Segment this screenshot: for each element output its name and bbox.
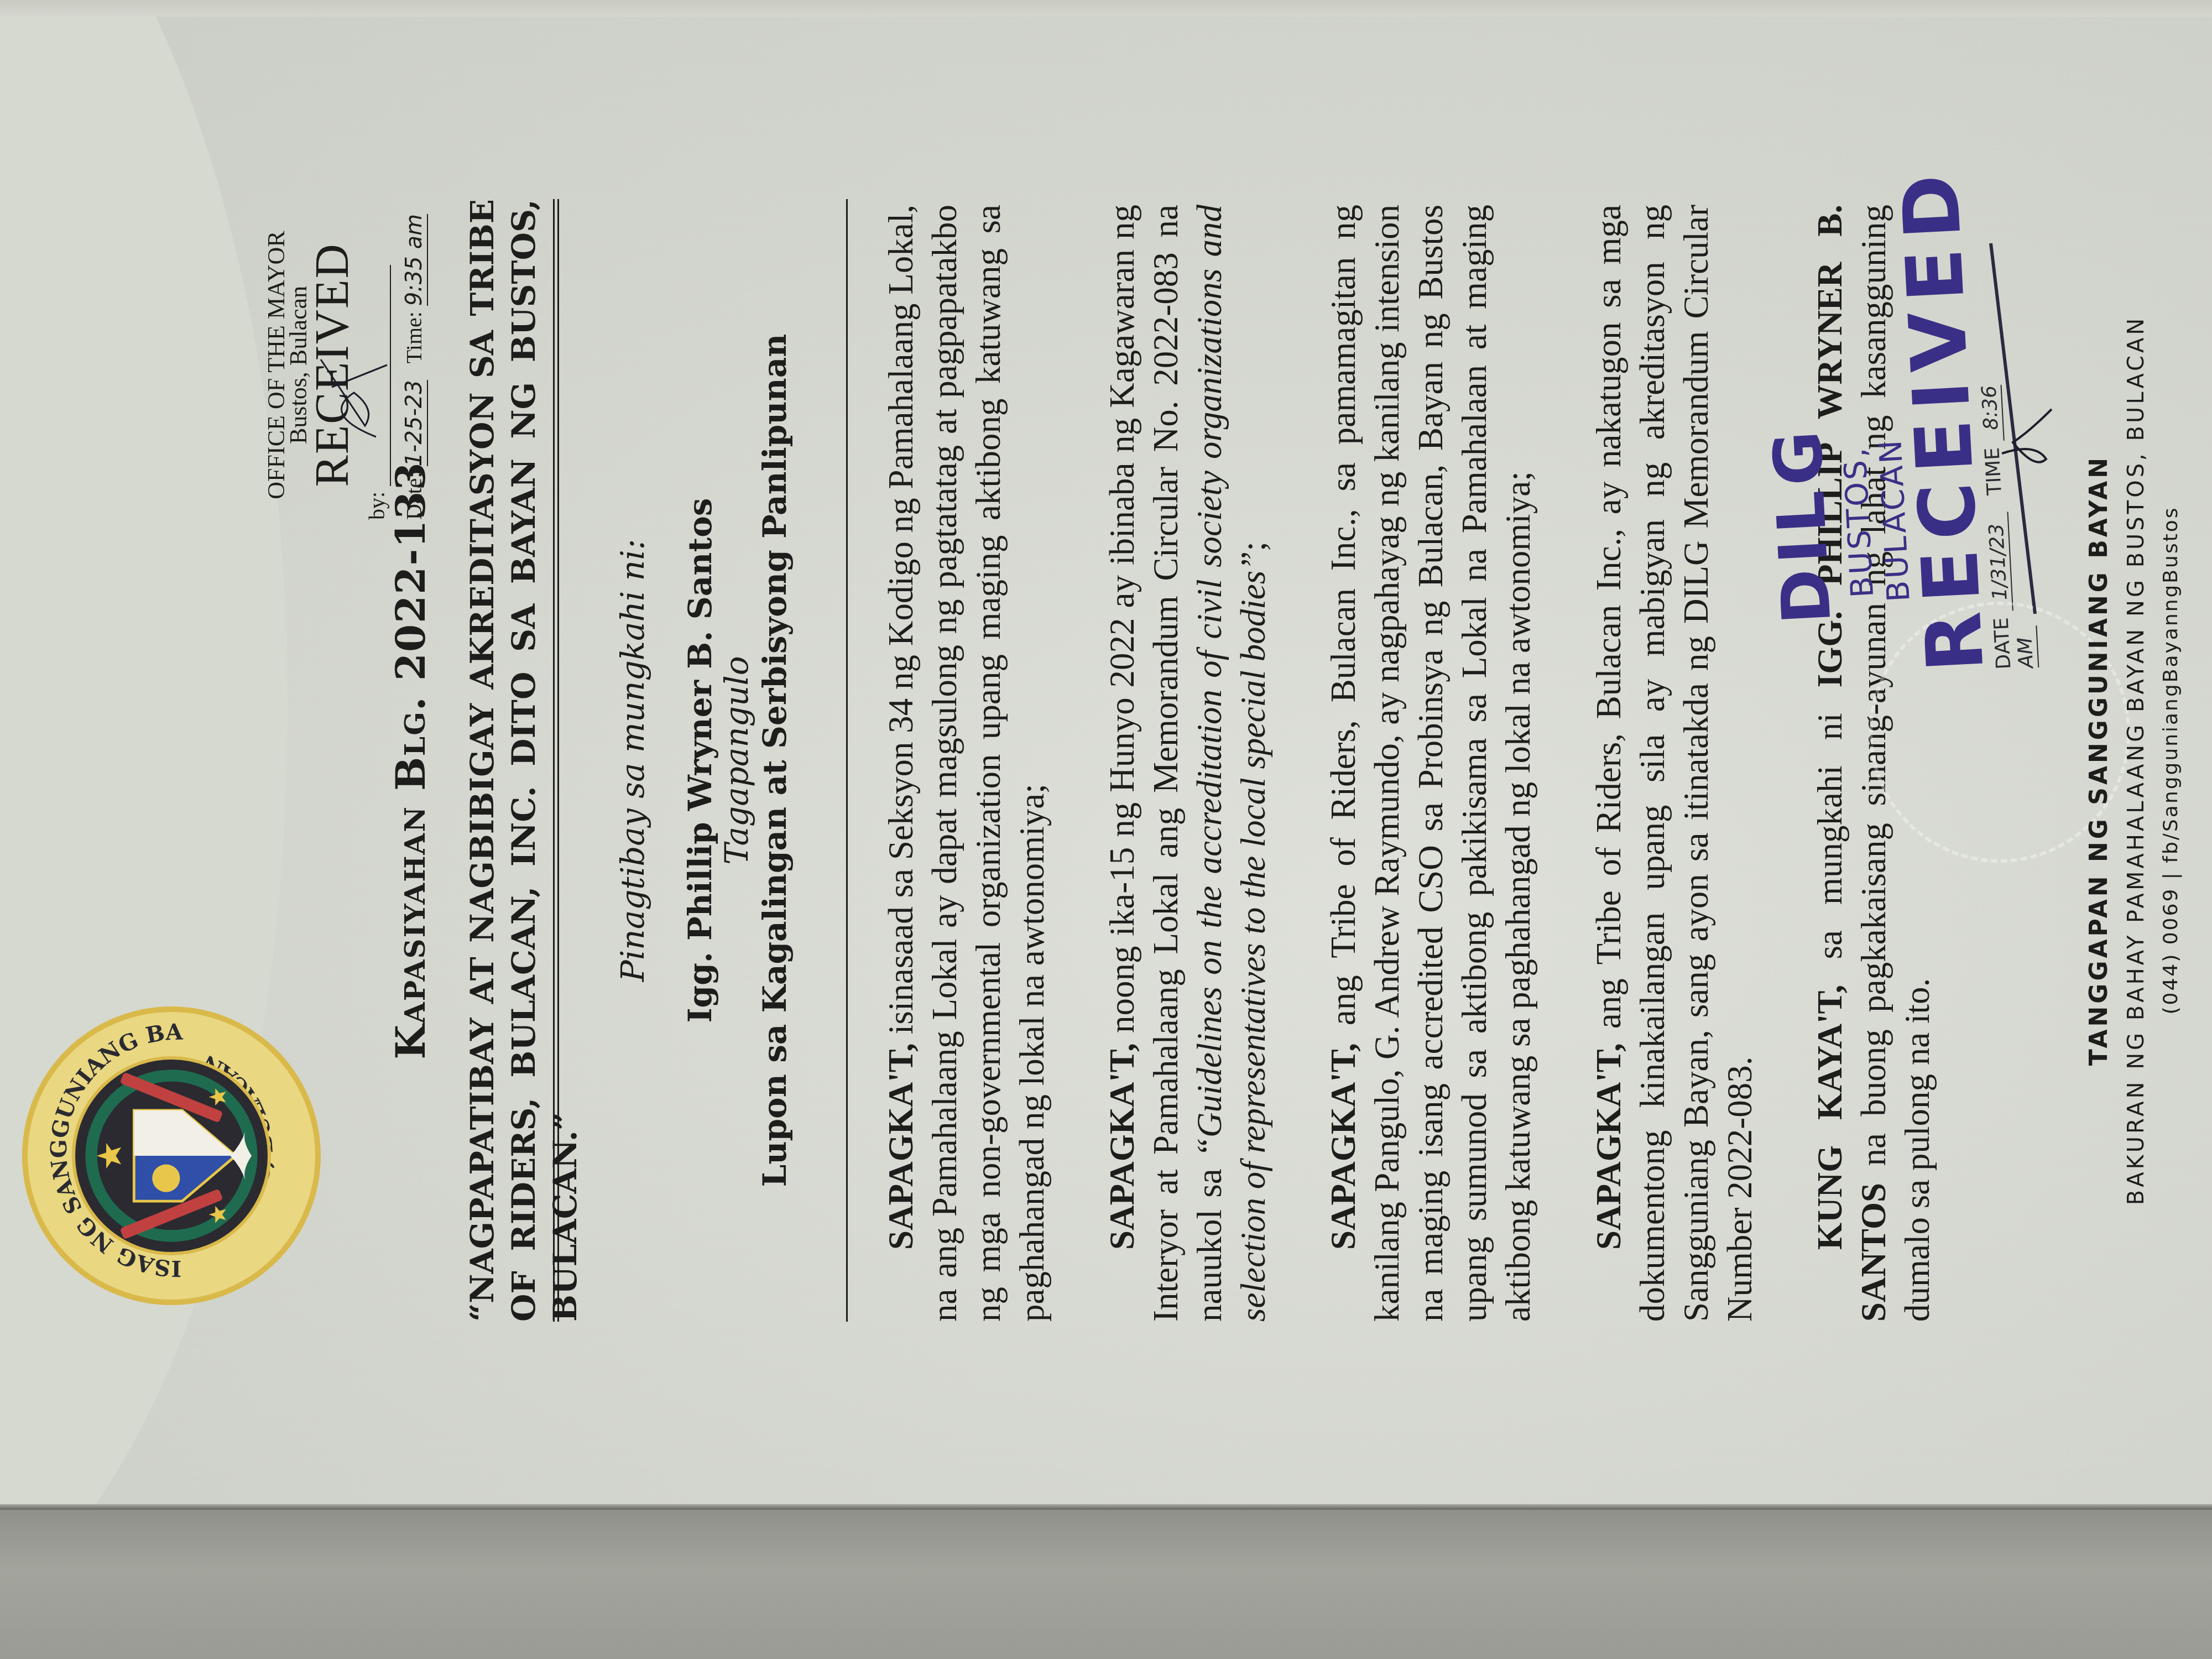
proposer-name: Igg. Phillip Wryner B. Santos [681,17,719,1504]
resolution-title: “NAGPAPATIBAY AT NAGBIBIGAY AKREDITASYON… [462,199,586,1322]
proposer-block: Pinagtibay sa mungkahi ni: Igg. Phillip … [614,17,795,1504]
footer-address: BAKURAN NG BAHAY PAMAHALAANG BAYAN NG BU… [2124,17,2149,1504]
paragraph-keyword: SAPAGKA'T, [1103,1043,1141,1250]
stamp-by-label: by: [364,492,389,520]
paragraph-keyword: KUNG KAYA'T, [1811,985,1849,1250]
paragraph-tail: ; [1234,541,1272,551]
paragraph-keyword: SAPAGKA'T, [881,1043,920,1250]
proposer-label: Pinagtibay sa mungkahi ni: [614,17,651,1504]
mayor-signature-icon [310,310,409,453]
paragraph-keyword: SAPAGKA'T, [1589,1043,1628,1250]
resolution-page: SAGISAG NG SANGGUNIANG BAYAN BUSTOS, BUL… [0,17,2212,1504]
footer-contact: (044) 0069 | fb/SangguniangBayanngBustos [2159,17,2182,1504]
title-divider [553,199,555,1322]
title-divider-2 [557,199,559,1322]
paragraph-italic-text: “Guidelines on the accreditation of civi… [1190,205,1272,1322]
stamp-time-value: 9:35 am [401,214,428,306]
municipal-seal-icon: SAGISAG NG SANGGUNIANG BAYAN BUSTOS, BUL… [22,1006,321,1305]
dilg-signature-icon [1969,232,2057,619]
whereas-paragraph-4: SAPAGKA'T, ang Tribe of Riders, Bulacan … [1587,205,1762,1322]
footer-office: TANGGAPAN NG SANGGUNIANG BAYAN [2085,17,2113,1504]
resolution-number-prefix: Kapasiyahan Blg. [387,696,434,1060]
whereas-paragraph-2: SAPAGKA'T, noong ika-15 ng Hunyo 2022 ay… [1100,205,1275,1322]
proposer-role: Tagapangulo [719,17,754,1504]
seal-emblem-icon [75,1060,268,1252]
paragraph-keyword: SAPAGKA'T, [1324,1043,1363,1250]
stamp-date-label: Date: [401,472,426,520]
background-surface [0,1510,2212,1659]
paragraph-text: sa mungkahi ni [1811,687,1849,984]
proposer-divider [846,199,848,1322]
whereas-paragraph-1: SAPAGKA'T, isinasaad sa Seksyon 34 ng Ko… [879,205,1054,1322]
whereas-paragraph-3: SAPAGKA'T, ang Tribe of Riders, Bulacan … [1322,205,1540,1322]
stamp-office-line: OFFICE OF THE MAYOR [265,210,288,520]
proposer-committee: Lupon sa Kagalingan at Serbisyong Panlip… [754,17,795,1504]
background-surface-top [0,0,2212,17]
